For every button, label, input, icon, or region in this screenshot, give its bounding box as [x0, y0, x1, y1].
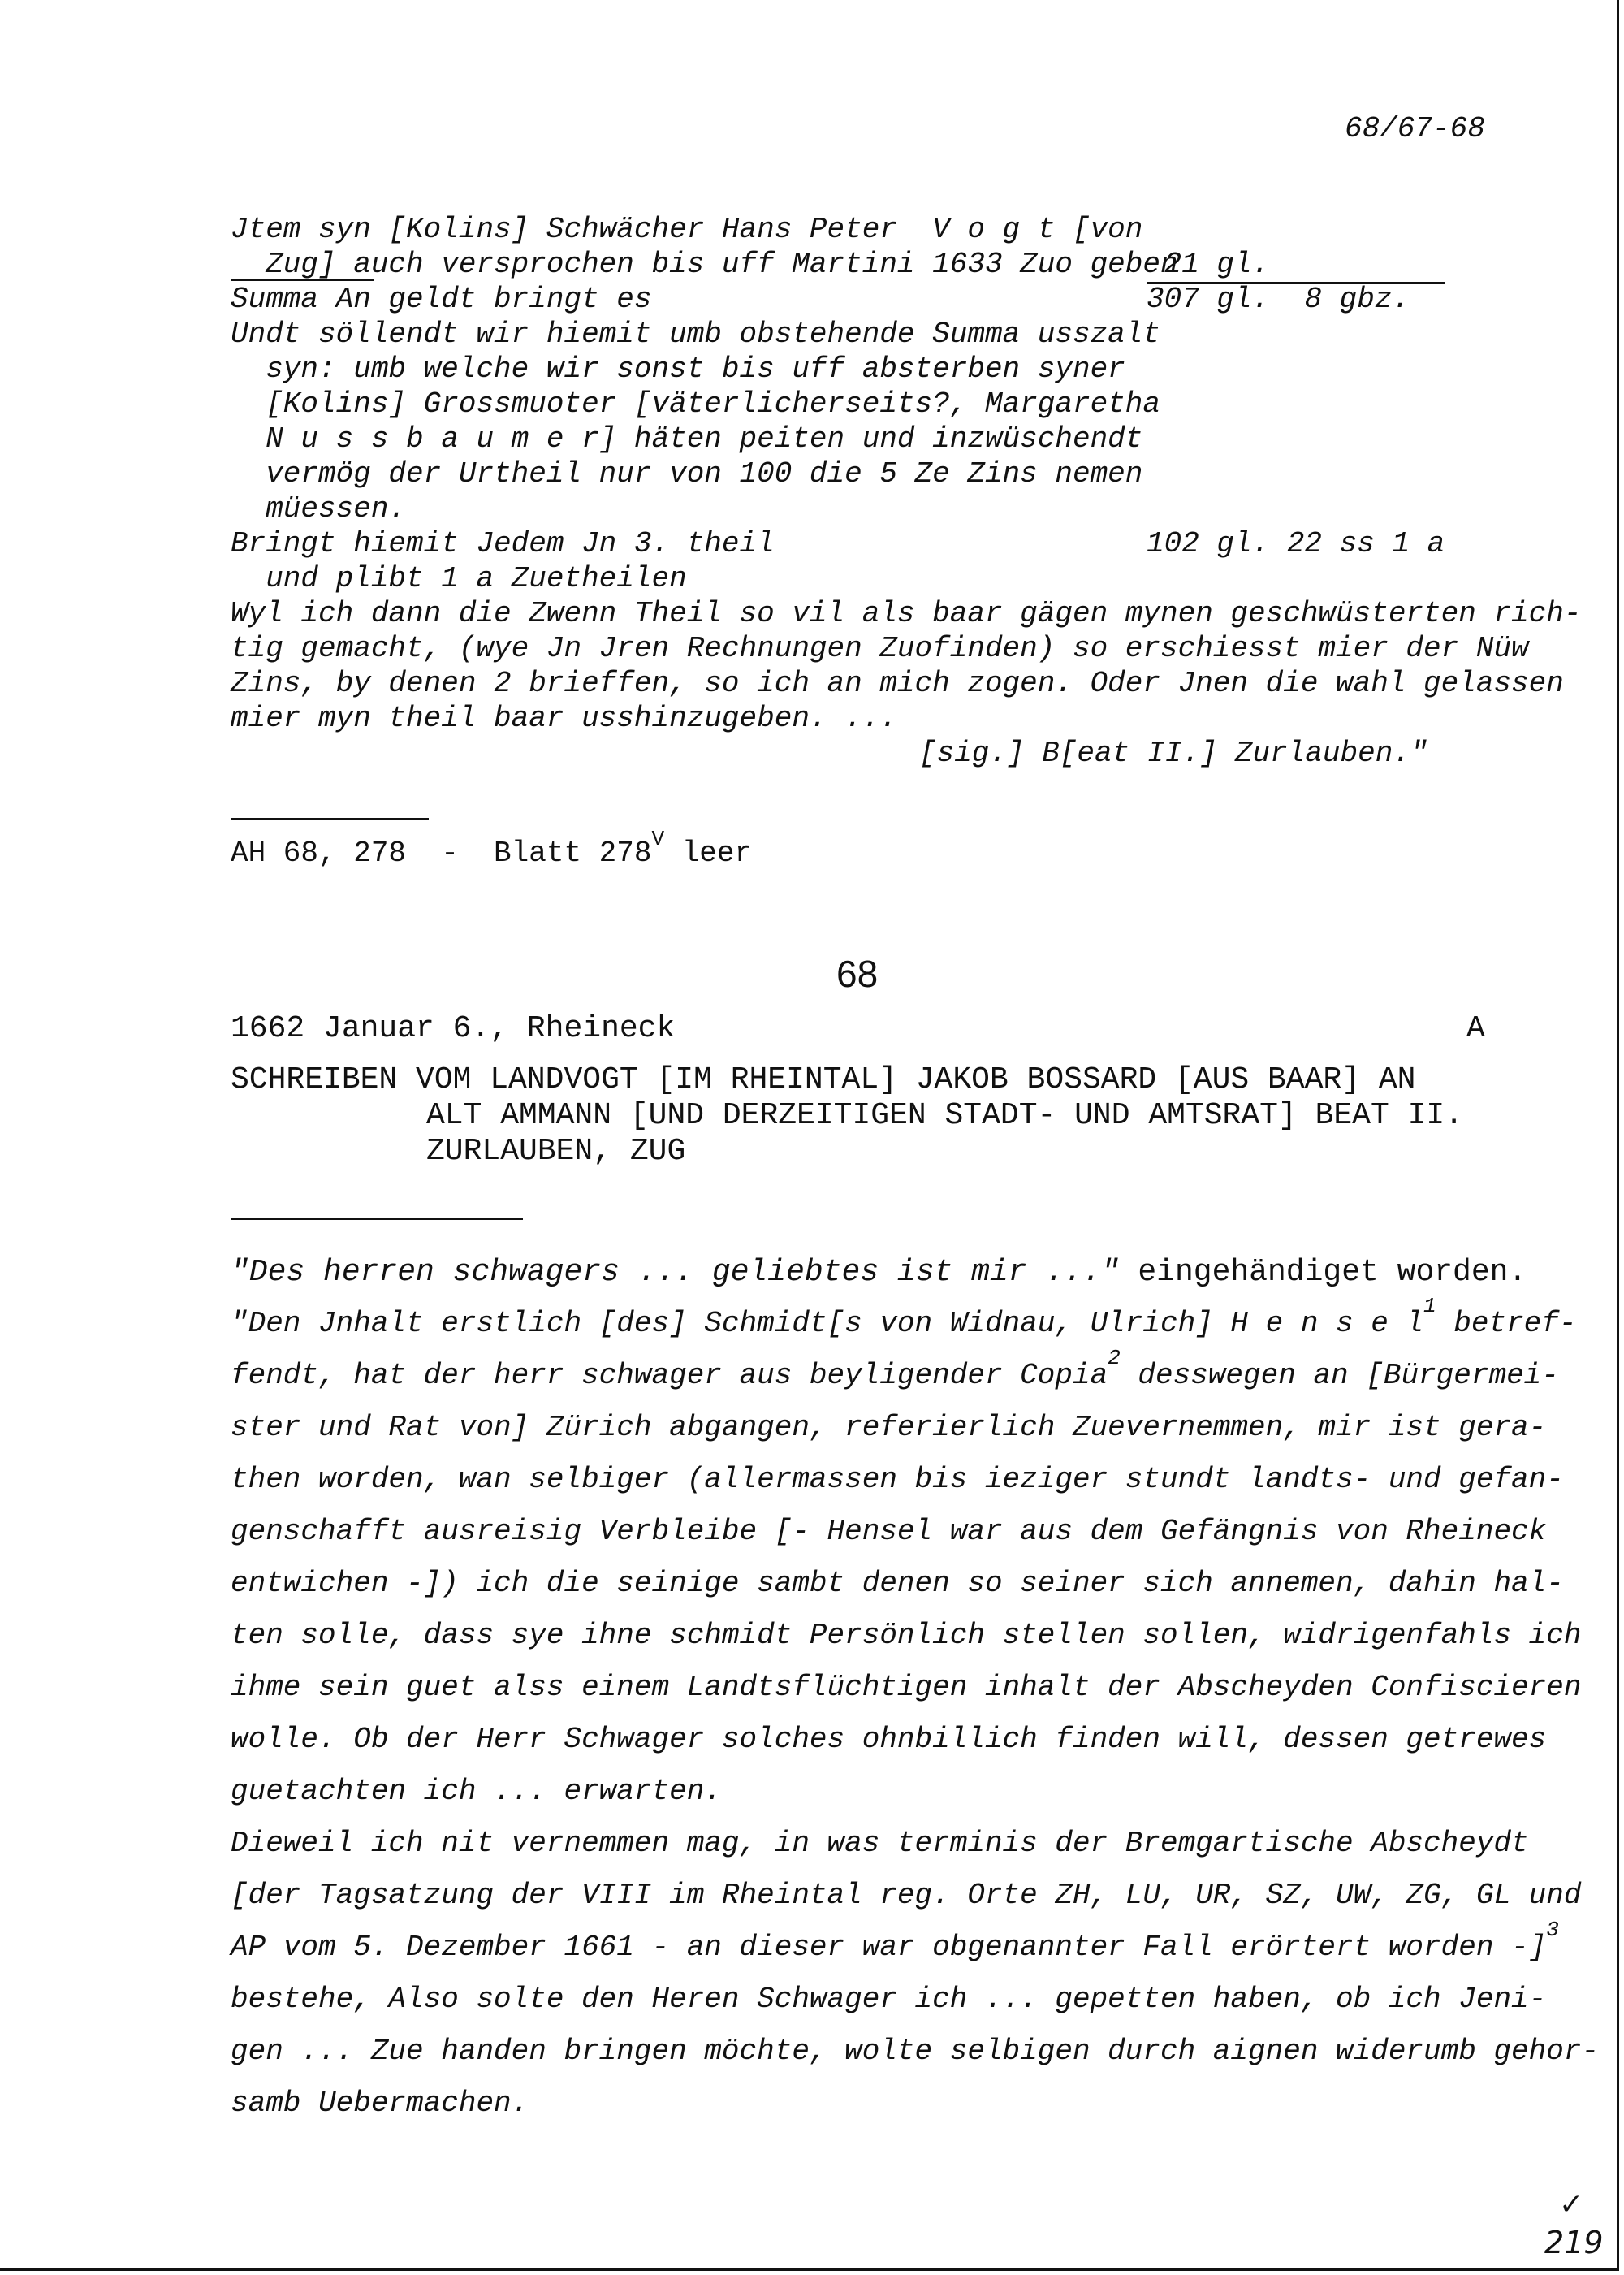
- para1-line: [Kolins] Grossmuoter [väterlicherseits?,…: [231, 387, 1160, 422]
- underline-zug: [231, 279, 374, 281]
- title-divider: [231, 1218, 523, 1220]
- signature: [sig.] B[eat II.] Zurlauben.": [919, 737, 1428, 771]
- para1-line: Undt söllendt wir hiemit umb obstehende …: [231, 318, 1160, 352]
- ledger-sum-amount: 307 gl. 8 gbz.: [1147, 283, 1410, 317]
- body-line: then worden, wan selbiger (allermassen b…: [231, 1463, 1564, 1497]
- body-line-1: "Des herren schwagers ... geliebtes ist …: [231, 1255, 1527, 1291]
- body-line: wolle. Ob der Herr Schwager solches ohnb…: [231, 1723, 1546, 1757]
- body-text: AP vom 5. Dezember 1661 - an dieser war …: [231, 1931, 1546, 1964]
- body-line: Dieweil ich nit vernemmen mag, in was te…: [231, 1827, 1529, 1861]
- para2-line: Wyl ich dann die Zwenn Theil so vil als …: [231, 597, 1581, 631]
- footnote-ref-2[interactable]: 2: [1108, 1346, 1121, 1370]
- ledger-line-2: Zug] auch versprochen bis uff Martini 16…: [231, 248, 1178, 282]
- para1-line: N u s s b a u m e r] häten peiten und in…: [231, 422, 1142, 456]
- para2-line: mier myn theil baar usshinzugeben. ...: [231, 702, 897, 736]
- para2-line: tig gemacht, (wye Jn Jren Rechnungen Zuo…: [231, 632, 1529, 666]
- body-line: samb Uebermachen.: [231, 2087, 529, 2121]
- body-text: desswegen an [Bürgermei-: [1121, 1359, 1559, 1392]
- title-line-3: ZURLAUBEN, ZUG: [426, 1134, 685, 1170]
- checkmark-icon: ✓: [1559, 2189, 1583, 2221]
- body-line: ster und Rat von] Zürich abgangen, refer…: [231, 1411, 1546, 1445]
- body-line: entwichen -]) ich die seinige sambt dene…: [231, 1567, 1564, 1601]
- body-line-13: AP vom 5. Dezember 1661 - an dieser war …: [231, 1931, 1559, 1966]
- body-line-2: "Den Jnhalt erstlich [des] Schmidt[s von…: [231, 1307, 1576, 1343]
- section-divider: [231, 818, 429, 820]
- body-text: fendt, hat der herr schwager aus beylige…: [231, 1359, 1108, 1392]
- body-line: ten solle, dass sye ihne schmidt Persönl…: [231, 1619, 1581, 1653]
- body-line: bestehe, Also solte den Heren Schwager i…: [231, 1983, 1546, 2017]
- footnote-ref-1[interactable]: 1: [1423, 1294, 1436, 1318]
- body-line: genschafft ausreisig Verbleibe [- Hensel…: [231, 1515, 1546, 1549]
- ledger-line-1: Jtem syn [Kolins] Schwächer Hans Peter V…: [231, 213, 1142, 247]
- body-line: ihme sein guet alss einem Landtsflüchtig…: [231, 1671, 1581, 1705]
- ledger-line-3: Summa An geldt bringt es: [231, 283, 651, 317]
- document-type: A: [1466, 1011, 1485, 1047]
- title-line-1: SCHREIBEN VOM LANDVOGT [IM RHEINTAL] JAK…: [231, 1062, 1415, 1098]
- source-note-suffix: leer: [664, 837, 752, 870]
- document-page: 68/67-68 Jtem syn [Kolins] Schwächer Han…: [0, 0, 1619, 2271]
- para1-line: müessen.: [231, 492, 406, 526]
- source-note: AH 68, 278 - Blatt 278v leer: [231, 837, 752, 872]
- share-line: Bringt hiemit Jedem Jn 3. theil: [231, 527, 775, 561]
- footnote-ref-3[interactable]: 3: [1546, 1918, 1559, 1942]
- para2-line: Zins, by denen 2 brieffen, so ich an mic…: [231, 667, 1564, 701]
- verso-superscript: v: [651, 827, 664, 851]
- editorial-text: eingehändiget worden.: [1120, 1255, 1527, 1290]
- ledger-amount-2: 21 gl.: [1147, 248, 1269, 282]
- body-line: guetachten ich ... erwarten.: [231, 1775, 722, 1809]
- share-continuation: und plibt 1 a Zuetheilen: [231, 562, 687, 596]
- body-text: betref-: [1436, 1307, 1577, 1340]
- page-reference: 68/67-68: [1345, 112, 1485, 146]
- para1-line: vermög der Urtheil nur von 100 die 5 Ze …: [231, 457, 1142, 491]
- body-line-3: fendt, hat der herr schwager aus beylige…: [231, 1359, 1559, 1395]
- date-place: 1662 Januar 6., Rheineck: [231, 1011, 675, 1047]
- title-line-2: ALT AMMANN [UND DERZEITIGEN STADT- UND A…: [426, 1098, 1463, 1134]
- para1-line: syn: umb welche wir sonst bis uff abster…: [231, 352, 1125, 387]
- document-number: 68: [836, 952, 878, 996]
- body-text: "Den Jnhalt erstlich [des] Schmidt[s von…: [231, 1307, 1423, 1340]
- quoted-incipit: "Des herren schwagers ... geliebtes ist …: [231, 1255, 1120, 1290]
- share-amount: 102 gl. 22 ss 1 a: [1147, 527, 1445, 561]
- folio-number-handwritten: 219: [1544, 2225, 1604, 2260]
- body-line: gen ... Zue handen bringen möchte, wolte…: [231, 2035, 1599, 2069]
- source-note-prefix: AH 68, 278 - Blatt 278: [231, 837, 651, 870]
- body-line: [der Tagsatzung der VIII im Rheintal reg…: [231, 1879, 1581, 1913]
